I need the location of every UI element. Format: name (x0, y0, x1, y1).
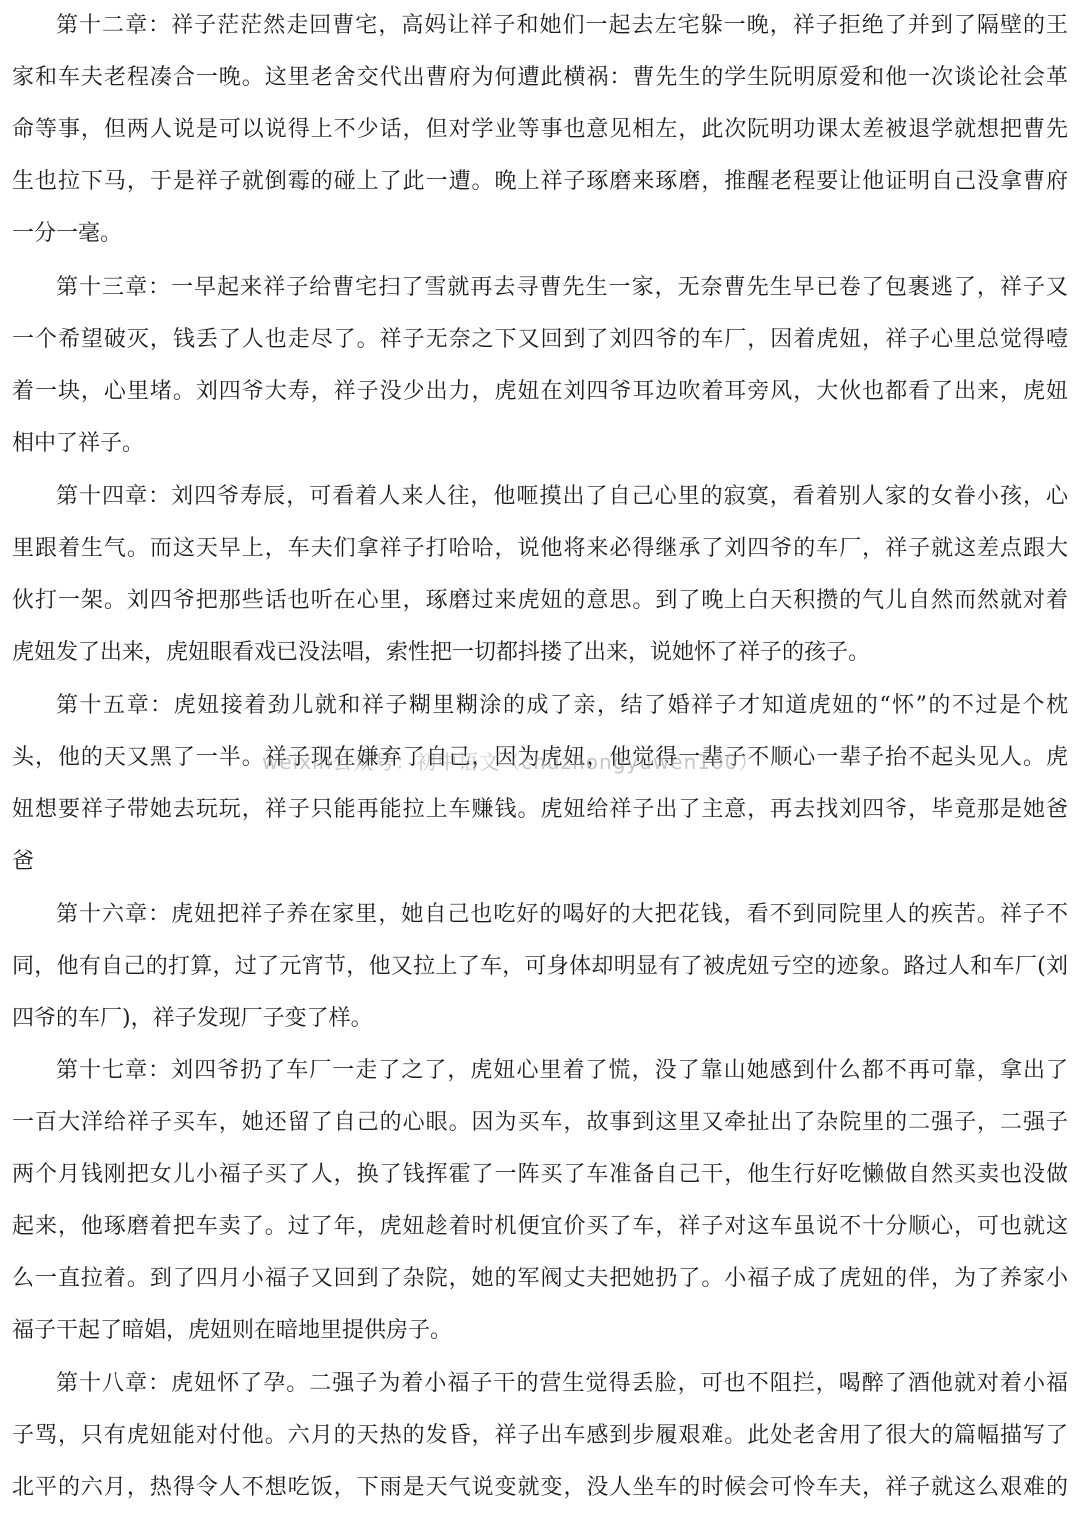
paragraph-line: 第十三章：一早起来祥子给曹宅扫了雪就再去寻曹先生一家，无奈曹先生早已卷了包裹逃了… (12, 262, 1068, 314)
paragraph-line: 第十二章：祥子茫茫然走回曹宅，高妈让祥子和她们一起去左宅躲一晚，祥子拒绝了并到了… (12, 0, 1068, 52)
paragraph-line: 着一块，心里堵。刘四爷大寿，祥子没少出力，虎妞在刘四爷耳边吹着耳旁风，大伙也都看… (12, 366, 1068, 418)
paragraph-line: 起来，他琢磨着把车卖了。过了年，虎妞趁着时机便宜价买了车，祥子对这车虽说不十分顺… (12, 1201, 1068, 1253)
paragraph-line: 生也拉下马，于是祥子就倒霉的碰上了此一遭。晚上祥子琢磨来琢磨，推醒老程要让他证明… (12, 156, 1068, 208)
paragraph-line: 子骂，只有虎妞能对付他。六月的天热的发昏，祥子出车感到步履艰难。此处老舍用了很大… (12, 1410, 1068, 1462)
paragraph-chapter-15: 第十五章：虎妞接着劲儿就和祥子糊里糊涂的成了亲，结了婚祥子才知道虎妞的“怀”的不… (12, 680, 1068, 888)
paragraph-chapter-12: 第十二章：祥子茫茫然走回曹宅，高妈让祥子和她们一起去左宅躲一晚，祥子拒绝了并到了… (12, 0, 1068, 260)
paragraph-line: 相中了祥子。 (12, 418, 1068, 470)
paragraph-line: 第十八章：虎妞怀了孕。二强子为着小福子干的营生觉得丢脸，可也不阻拦，喝醉了酒他就… (12, 1358, 1068, 1410)
paragraph-line: 同，他有自己的打算，过了元宵节，他又拉上了车，可身体却明显有了被虎妞亏空的迹象。… (12, 941, 1068, 993)
paragraph-line: 一分一毫。 (12, 208, 1068, 260)
paragraph-chapter-16: 第十六章：虎妞把祥子养在家里，她自己也吃好的喝好的大把花钱，看不到同院里人的疾苦… (12, 889, 1068, 1045)
paragraph-line: 一百大洋给祥子买车，她还留了自己的心眼。因为买车，故事到这里又牵扯出了杂院里的二… (12, 1097, 1068, 1149)
paragraph-line: 四爷的车厂)，祥子发现厂子变了样。 (12, 993, 1068, 1045)
paragraph-chapter-18: 第十八章：虎妞怀了孕。二强子为着小福子干的营生觉得丢脸，可也不阻拦，喝醉了酒他就… (12, 1358, 1068, 1514)
paragraph-line: 伙打一架。刘四爷把那些话也听在心里，琢磨过来虎妞的意思。到了晚上白天积攒的气儿自… (12, 575, 1068, 627)
paragraph-chapter-13: 第十三章：一早起来祥子给曹宅扫了雪就再去寻曹先生一家，无奈曹先生早已卷了包裹逃了… (12, 262, 1068, 470)
paragraph-line: 头，他的天又黑了一半。祥子现在嫌弃了自己，因为虎妞，他觉得一辈子不顺心一辈子抬不… (12, 732, 1068, 784)
paragraph-line: 一个希望破灭，钱丢了人也走尽了。祥子无奈之下又回到了刘四爷的车厂，因着虎妞，祥子… (12, 314, 1068, 366)
paragraph-line: 爸 (12, 836, 1068, 888)
paragraph-line: 命等事，但两人说是可以说得上不少话，但对学业等事也意见相左，此次阮明功课太差被退… (12, 104, 1068, 156)
paragraph-line: 两个月钱刚把女儿小福子买了人，换了钱挥霍了一阵买了车准备自己干，他生行好吃懒做自… (12, 1149, 1068, 1201)
paragraph-chapter-14: 第十四章：刘四爷寿辰，可看着人来人往，他咂摸出了自己心里的寂寞，看着别人家的女眷… (12, 471, 1068, 679)
paragraph-line: 第十四章：刘四爷寿辰，可看着人来人往，他咂摸出了自己心里的寂寞，看着别人家的女眷… (12, 471, 1068, 523)
paragraph-line: 妞想要祥子带她去玩玩，祥子只能再能拉上车赚钱。虎妞给祥子出了主意，再去找刘四爷，… (12, 784, 1068, 836)
paragraph-line: 虎妞发了出来，虎妞眼看戏已没法唱，索性把一切都抖搂了出来，说她怀了祥子的孩子。 (12, 627, 1068, 679)
paragraph-chapter-17: 第十七章：刘四爷扔了车厂一走了之了，虎妞心里着了慌，没了靠山她感到什么都不再可靠… (12, 1045, 1068, 1357)
paragraph-line: 福子干起了暗娼，虎妞则在暗地里提供房子。 (12, 1305, 1068, 1357)
paragraph-line: 家和车夫老程凑合一晚。这里老舍交代出曹府为何遭此横祸：曹先生的学生阮明原爱和他一… (12, 52, 1068, 104)
paragraph-line: 第十六章：虎妞把祥子养在家里，她自己也吃好的喝好的大把花钱，看不到同院里人的疾苦… (12, 889, 1068, 941)
paragraph-line: 第十七章：刘四爷扔了车厂一走了之了，虎妞心里着了慌，没了靠山她感到什么都不再可靠… (12, 1045, 1068, 1097)
paragraph-line: 北平的六月，热得令人不想吃饭，下雨是天气说变就变，没人坐车的时候会可怜车夫，祥子… (12, 1462, 1068, 1514)
paragraph-line: 么一直拉着。到了四月小福子又回到了杂院，她的军阀丈夫把她扔了。小福子成了虎妞的伴… (12, 1253, 1068, 1305)
paragraph-line: 第十五章：虎妞接着劲儿就和祥子糊里糊涂的成了亲，结了婚祥子才知道虎妞的“怀”的不… (12, 680, 1068, 732)
paragraph-line: 里跟着生气。而这天早上，车夫们拿祥子打哈哈，说他将来必得继承了刘四爷的车厂，祥子… (12, 523, 1068, 575)
